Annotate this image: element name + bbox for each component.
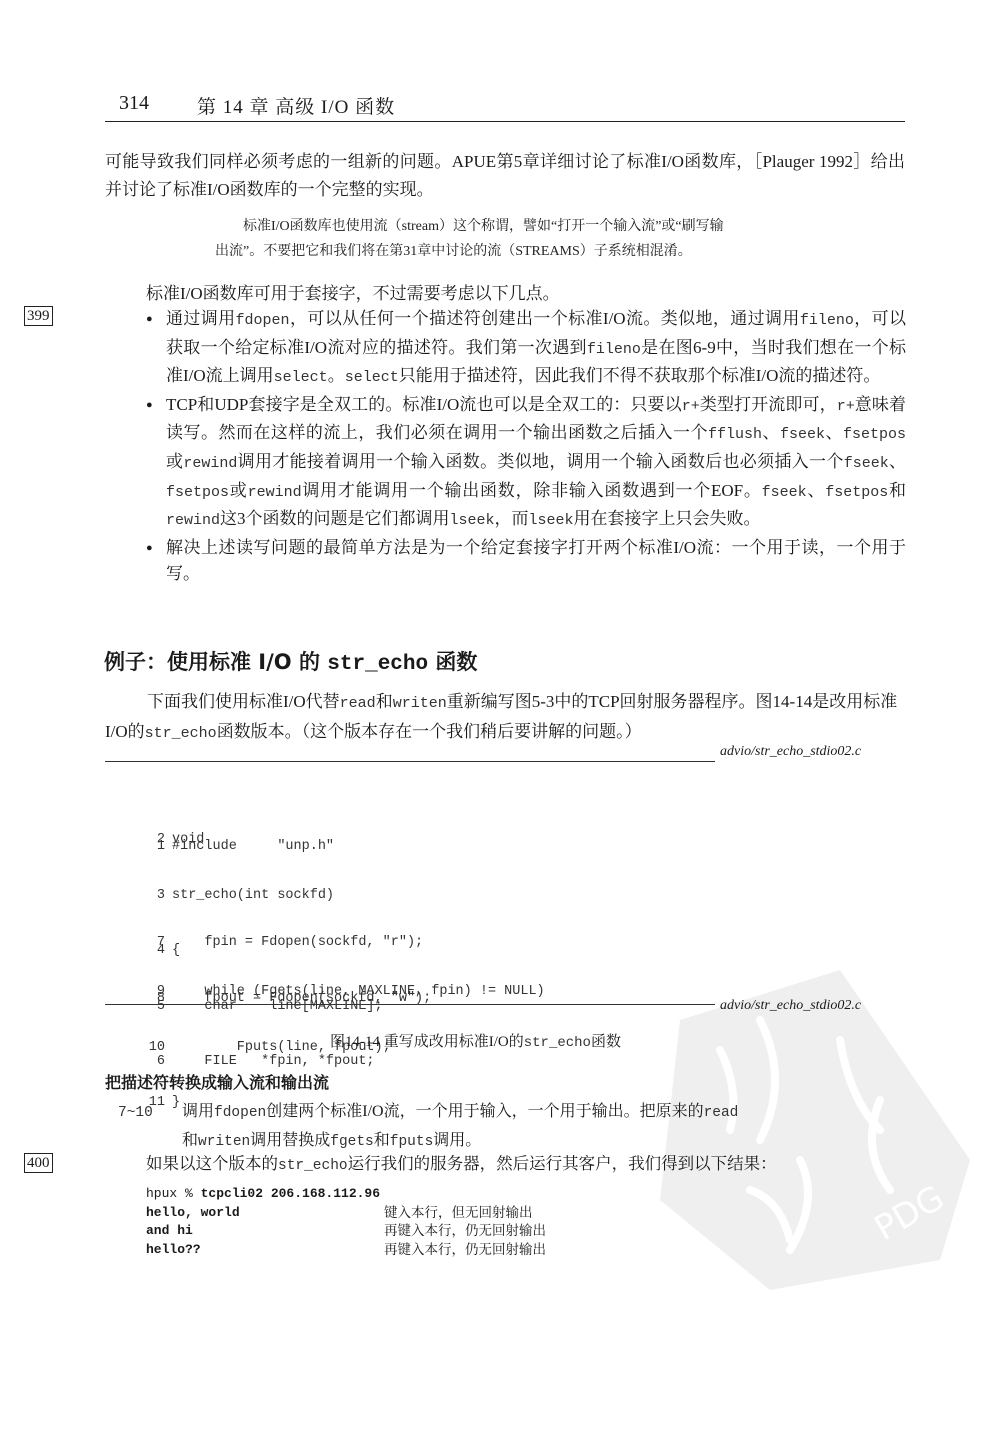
terminal-row: and hi 再键入本行，仍无回射输出: [146, 1222, 646, 1241]
watermark-text: PDG: [868, 1178, 951, 1249]
inline-code: fseek: [780, 426, 825, 443]
inline-code: fseek: [844, 455, 889, 472]
figure-caption: 图14-14 重写成改用标准I/O的str_echo函数: [330, 1030, 621, 1051]
inline-code: fsetpos: [825, 484, 888, 501]
inline-code: str_echo: [327, 653, 428, 676]
inline-code: lseek: [529, 512, 574, 529]
intro-paragraph: 可能导致我们同样必须考虑的一组新的问题。APUE第5章详细讨论了标准I/O函数库…: [105, 148, 905, 204]
terminal-session: hpux % tcpcli02 206.168.112.96 hello, wo…: [146, 1185, 646, 1259]
bullet-item: 通过调用fdopen，可以从任何一个描述符创建出一个标准I/O流。类似地，通过调…: [146, 306, 906, 392]
inline-code: fseek: [762, 484, 807, 501]
running-header: 314 第 14 章 高级 I/O 函数: [105, 90, 905, 122]
listing-bottom-rule: [105, 1004, 715, 1005]
terminal-row: hello?? 再键入本行，仍无回射输出: [146, 1241, 646, 1260]
terminal-annotation: 再键入本行，仍无回射输出: [384, 1241, 546, 1260]
result-paragraph: 如果以这个版本的str_echo运行我们的服务器，然后运行其客户，我们得到以下结…: [146, 1152, 906, 1178]
inline-code: fileno: [800, 312, 854, 329]
code-line: 2void: [145, 831, 645, 850]
inline-code: writen: [393, 695, 447, 712]
chapter-title: 第 14 章 高级 I/O 函数: [197, 92, 395, 119]
inline-code: fsetpos: [166, 484, 229, 501]
listing-top-rule: [105, 761, 715, 762]
inline-code: read: [340, 695, 376, 712]
terminal-annotation: 再键入本行，仍无回射输出: [384, 1222, 546, 1241]
explain-line: 7~10调用fdopen创建两个标准I/O流，一个用于输入，一个用于输出。把原来…: [118, 1098, 898, 1127]
note-line: 出流”。不要把它和我们将在第31章中讨论的流（STREAMS）子系统相混淆。: [215, 239, 875, 264]
line-explanation: 7~10调用fdopen创建两个标准I/O流，一个用于输入，一个用于输出。把原来…: [118, 1098, 898, 1156]
bullet-item: TCP和UDP套接字是全双工的。标准I/O流也可以是全双工的：只要以r+类型打开…: [146, 392, 906, 535]
bullet-list: 通过调用fdopen，可以从任何一个描述符创建出一个标准I/O流。类似地，通过调…: [146, 306, 906, 588]
inline-code: r+: [837, 398, 855, 415]
std-io-lead: 标准I/O函数库可用于套接字，不过需要考虑以下几点。: [146, 280, 906, 308]
margin-page-ref: 400: [24, 1153, 53, 1173]
line-range: 7~10: [118, 1099, 182, 1127]
inline-code: fflush: [708, 426, 762, 443]
inline-code: rewind: [166, 512, 220, 529]
shell-command: tcpcli02 206.168.112.96: [201, 1186, 380, 1201]
inline-code: lseek: [450, 512, 495, 529]
terminal-annotation: 键入本行，但无回射输出: [384, 1204, 533, 1223]
section-heading: 例子：使用标准 I/O 的 str_echo 函数: [104, 646, 477, 676]
note-line: 标准I/O函数库也使用流（stream）这个称谓，譬如“打开一个输入流”或“刷写…: [215, 214, 875, 239]
note-block: 标准I/O函数库也使用流（stream）这个称谓，譬如“打开一个输入流”或“刷写…: [215, 214, 875, 264]
inline-code: str_echo: [524, 1035, 591, 1051]
inline-code: select: [345, 369, 399, 386]
terminal-command-row: hpux % tcpcli02 206.168.112.96: [146, 1185, 646, 1204]
inline-code: r+: [682, 398, 700, 415]
example-paragraph: 下面我们使用标准I/O代替read和writen重新编写图5-3中的TCP回射服…: [105, 688, 905, 748]
inline-code: fdopen: [236, 312, 290, 329]
shell-prompt: hpux %: [146, 1186, 201, 1201]
subheading: 把描述符转换成输入流和输出流: [105, 1070, 329, 1093]
listing-filename: advio/str_echo_stdio02.c: [720, 998, 861, 1014]
bullet-item: 解决上述读写问题的最简单方法是为一个给定套接字打开两个标准I/O流：一个用于读，…: [146, 535, 906, 588]
code-line: 9 while (Fgets(line, MAXLINE, fpin) != N…: [145, 983, 645, 1002]
margin-page-ref: 399: [24, 306, 53, 326]
inline-code: str_echo: [145, 725, 217, 742]
inline-code: rewind: [248, 484, 302, 501]
listing-filename: advio/str_echo_stdio02.c: [720, 744, 861, 760]
terminal-row: hello, world 键入本行，但无回射输出: [146, 1204, 646, 1223]
page-number: 314: [119, 92, 149, 115]
inline-code: rewind: [183, 455, 237, 472]
inline-code: str_echo: [278, 1158, 348, 1174]
inline-code: fsetpos: [843, 426, 906, 443]
inline-code: select: [274, 369, 328, 386]
inline-code: fileno: [587, 341, 641, 358]
